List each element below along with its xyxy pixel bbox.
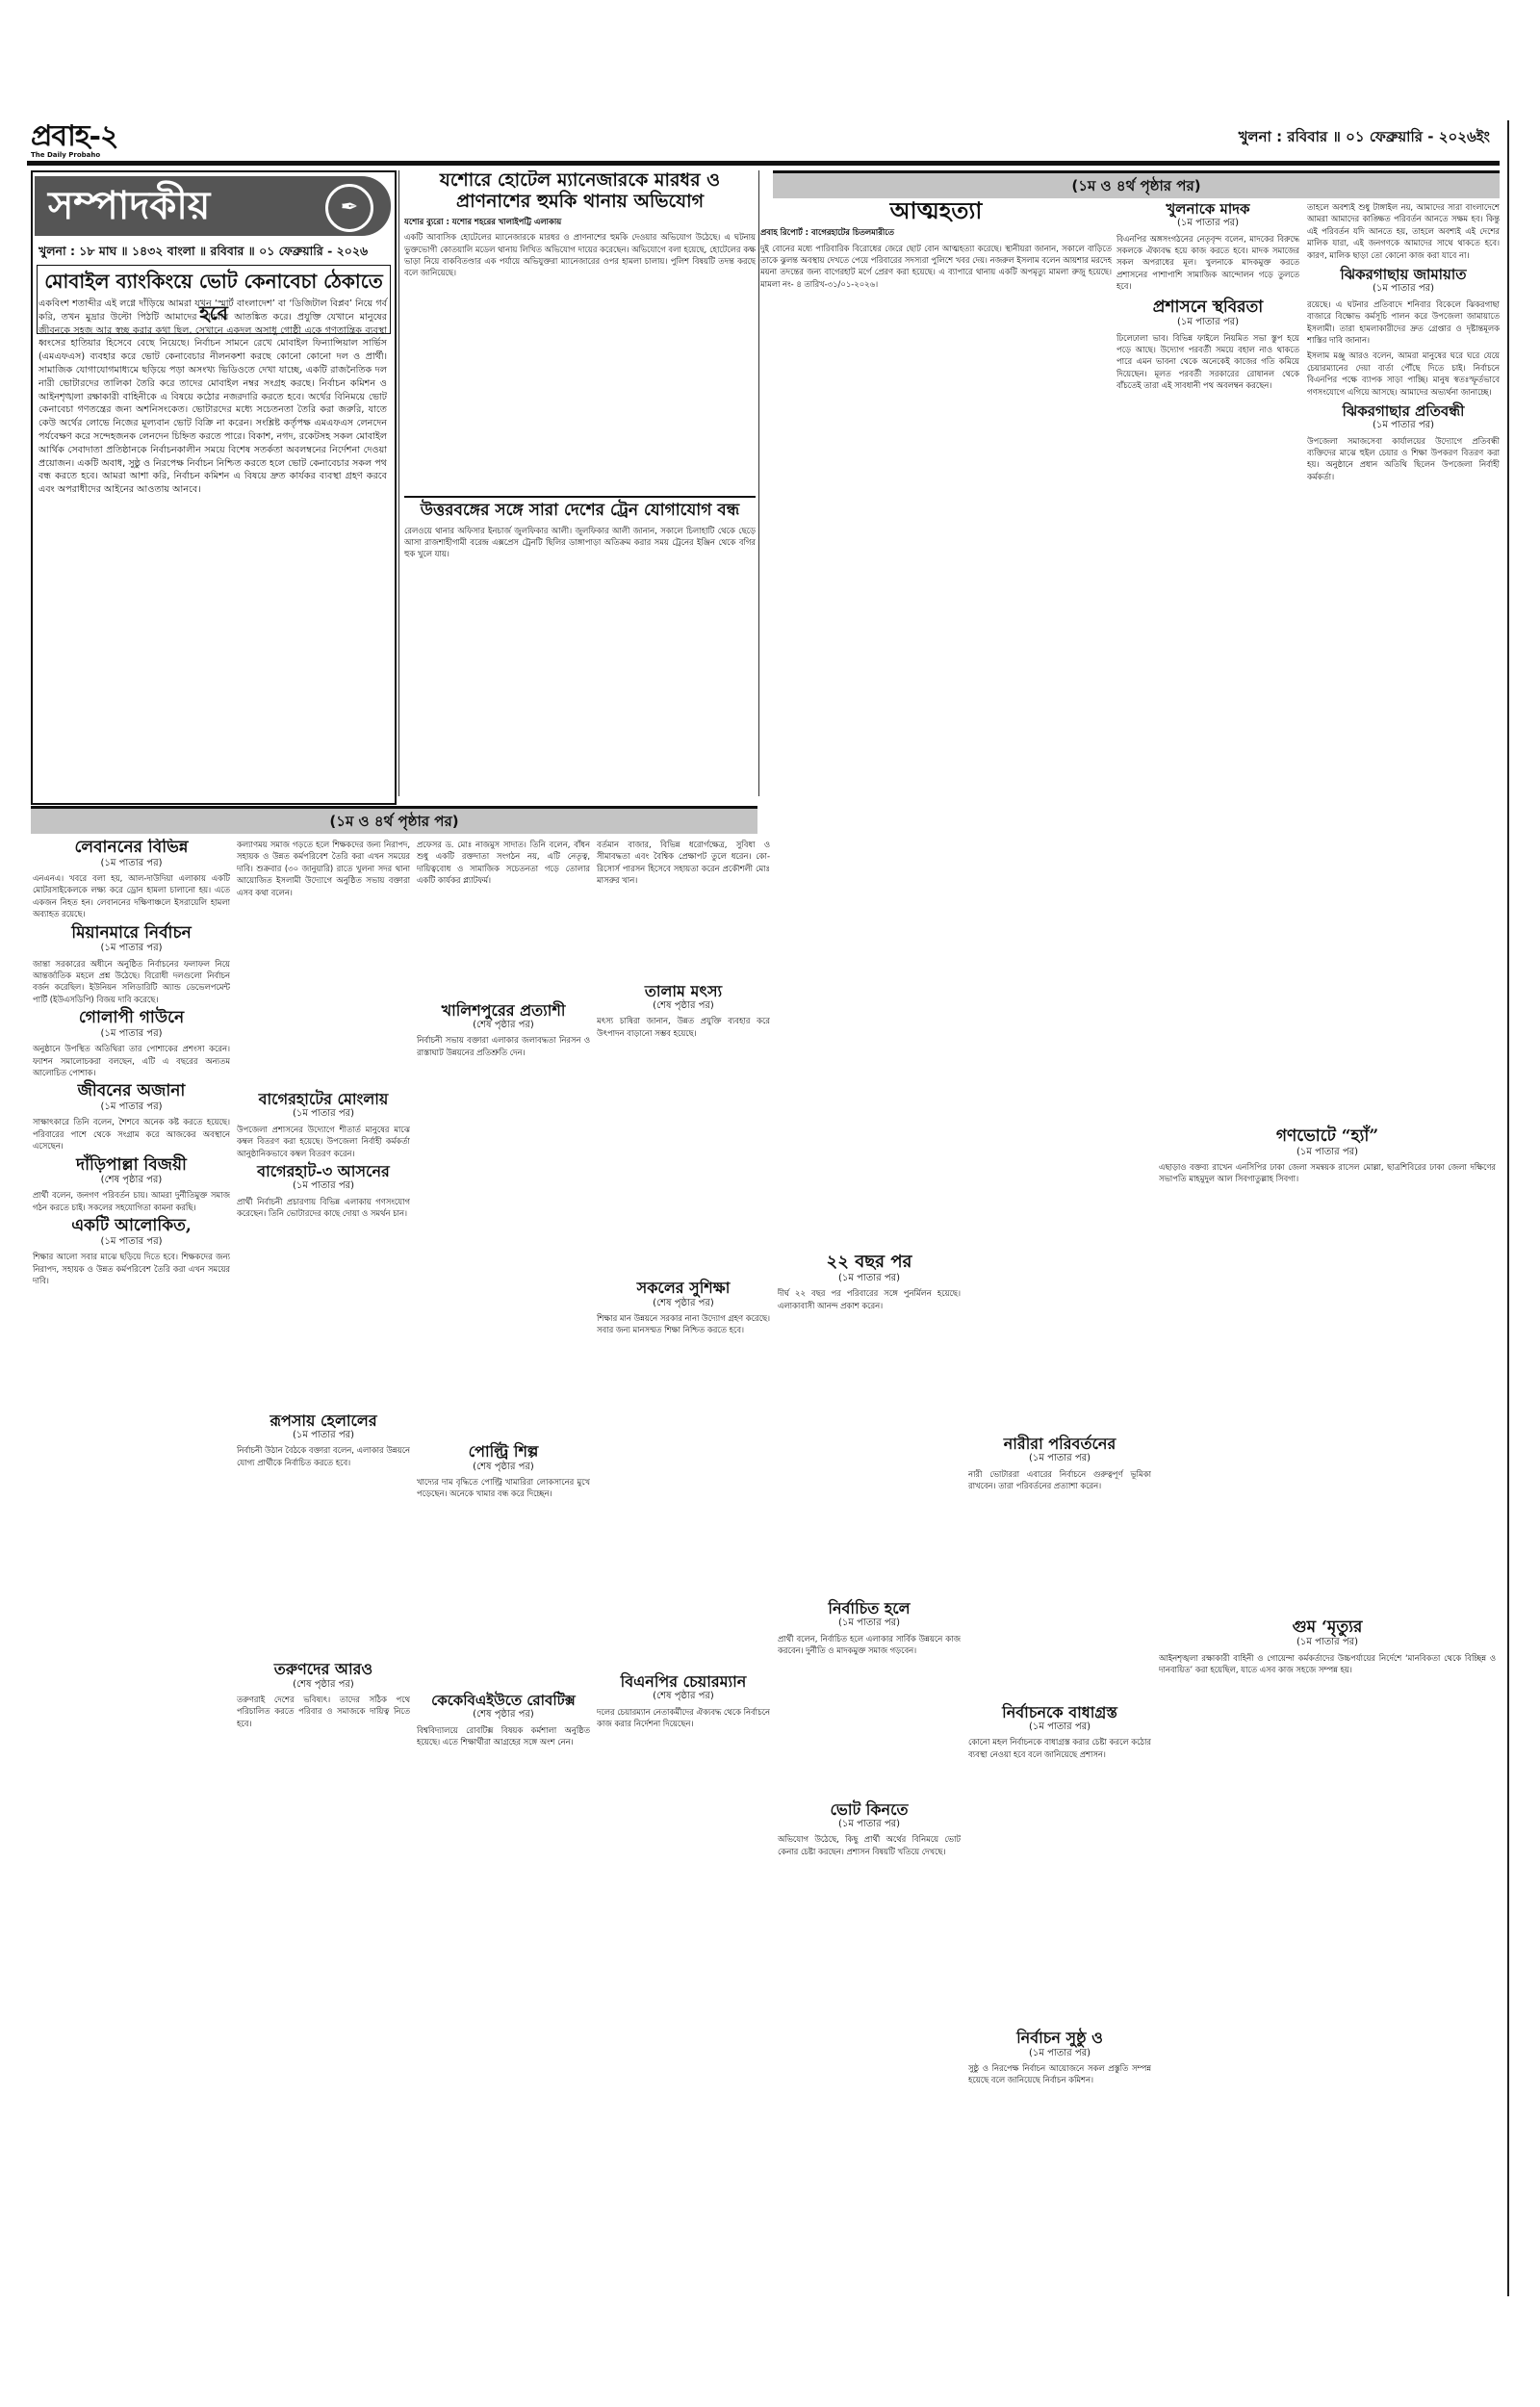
continuation-label: (১ম পাতার পর) <box>237 1108 410 1120</box>
article-body: শিক্ষার আলো সবার মাঝে ছড়িয়ে দিতে হবে। … <box>33 1251 230 1286</box>
article-headline: ২২ বছর পর <box>778 1253 961 1273</box>
continuation-label: (১ম পাতার পর) <box>968 1721 1151 1733</box>
continuation-label: (শেষ পৃষ্ঠার পর) <box>33 1175 230 1186</box>
story-byline: প্রবাহ রিপোর্ট : বাগেরহাটের চিতলমারীতে <box>760 226 1112 238</box>
continuation-label: (শেষ পৃষ্ঠার পর) <box>417 1462 590 1473</box>
top-story-sisters: ২ বোনের বিরোধ, ছোট বোনের আত্মহত্যা প্রবা… <box>760 170 1112 787</box>
article-headline: রূপসায় হেলালের <box>237 1412 410 1430</box>
article-headline: বিএনপির চেয়ারম্যান <box>597 1673 770 1691</box>
article-body: আইনশৃঙ্খলা রক্ষাকারী বাহিনী ও গোয়েন্দা … <box>1159 1652 1496 1676</box>
story-headline: যশোরে হোটেল ম্যানেজারকে মারধর ও প্রাণনাশ… <box>404 170 756 213</box>
story-body: একটি আবাসিক হোটেলের ম্যানেজারকে মারধর ও … <box>404 231 756 279</box>
article-body: প্রার্থী নির্বাচনী প্রচারণায় বিভিন্ন এল… <box>237 1196 410 1220</box>
article-headline: নির্বাচন সুষ্ঠু ও <box>968 2030 1151 2047</box>
article-headline: প্রশাসনে স্থবিরতা <box>1116 298 1299 318</box>
article-body: মৎস্য চাষিরা জানান, উন্নত প্রযুক্তি ব্যব… <box>597 1015 770 1039</box>
article-body: সুষ্ঠু ও নিরপেক্ষ নির্বাচন আয়োজনে সকল প… <box>968 2062 1151 2086</box>
article-body: জান্তা সরকারের অধীনে অনুষ্ঠিত নির্বাচনের… <box>33 958 230 1006</box>
jamaat-quote: ইসলাম মঞ্জু আরও বলেন, আমরা মানুষের ঘরে ঘ… <box>1307 349 1500 398</box>
article-body: সাক্ষাৎকারে তিনি বলেন, শৈশবে অনেক কষ্ট ক… <box>33 1116 230 1152</box>
column-divider <box>758 170 759 796</box>
column-7: গণভোটে “হ্যাঁ” (১ম পাতার পর) এছাড়াও বক্… <box>1159 839 1496 2283</box>
continuation-label: (শেষ পৃষ্ঠার পর) <box>417 1020 590 1031</box>
tangail-quote: তাহলে অবশ্যই শুধু টাঙ্গাইল নয়, আমাদের স… <box>1307 201 1500 261</box>
article-body: উপজেলা সমাজসেবা কার্যালয়ের উদ্যোগে প্রত… <box>1307 435 1500 483</box>
continuation-label: (১ম পাতার পর) <box>33 1028 230 1040</box>
continuation-label: (১ম পাতার পর) <box>33 858 230 869</box>
article-body: প্রফেসর ড. মোঃ নাজমুস সাদাত। তিনি বলেন, … <box>417 839 590 887</box>
article-headline: গণভোটে “হ্যাঁ” <box>1159 1127 1496 1147</box>
article-body: খাদ্যের দাম বৃদ্ধিতে পোল্ট্রি খামারিরা ল… <box>417 1476 590 1500</box>
article-body: নির্বাচনী সভায় বক্তারা এলাকার জলাবদ্ধতা… <box>417 1034 590 1058</box>
article-body: কল্যাণময় সমাজ গড়তে হলে শিক্ষকদের জন্য … <box>237 839 410 898</box>
continuation-label: (১ম পাতার পর) <box>33 1101 230 1113</box>
page-border-right <box>1507 120 1509 2296</box>
article-body: রয়েছে। এ ঘটনার প্রতিবাদে শনিবার বিকেলে … <box>1307 298 1500 347</box>
continued-banner-main: (১ম ও ৪র্থ পৃষ্ঠার পর) <box>31 806 757 834</box>
article-headline: নির্বাচনকে বাধাগ্রস্ত <box>968 1704 1151 1721</box>
continuation-label: (১ম পাতার পর) <box>968 2048 1151 2059</box>
article-body: বিশ্ববিদ্যালয়ে রোবটিক্স বিষয়ক কর্মশালা… <box>417 1724 590 1748</box>
rail-story: উত্তরবঙ্গের সঙ্গে সারা দেশের ট্রেন যোগায… <box>404 496 756 785</box>
editorial-banner: সম্পাদকীয় ✒ <box>35 176 391 236</box>
column-5: ২২ বছর পর (১ম পাতার পর) দীর্ঘ ২২ বছর পর … <box>778 839 961 2283</box>
article-headline: একটি আলোকিত, <box>33 1217 230 1236</box>
article-body: দীর্ঘ ২২ বছর পর পরিবারের সঙ্গে পুনর্মিলন… <box>778 1287 961 1311</box>
pen-nib-icon: ✒ <box>325 184 373 232</box>
article-body: দলের চেয়ারম্যান নেতাকর্মীদের ঐক্যবদ্ধ থ… <box>597 1706 770 1730</box>
right-articles-col-1: খুলনাকে মাদক (১ম পাতার পর) বিএনপির অঙ্গস… <box>1116 201 1299 779</box>
right-articles-col-2: তাহলে অবশ্যই শুধু টাঙ্গাইল নয়, আমাদের স… <box>1307 201 1500 779</box>
column-6: নারীরা পরিবর্তনের (১ম পাতার পর) নারী ভোট… <box>968 839 1151 2283</box>
editorial-title: সম্পাদকীয় <box>48 182 210 230</box>
column-2: কল্যাণময় সমাজ গড়তে হলে শিক্ষকদের জন্য … <box>237 839 410 2283</box>
continuation-label: (১ম পাতার পর) <box>1307 420 1500 431</box>
continuation-label: (১ম পাতার পর) <box>778 1618 961 1629</box>
article-headline: দাঁড়িপাল্লা বিজয়ী <box>33 1156 230 1176</box>
article-headline: নারীরা পরিবর্তনের <box>968 1436 1151 1453</box>
continuation-label: (১ম পাতার পর) <box>1159 1637 1496 1648</box>
article-headline: তালাম মৎস্য <box>597 983 770 1000</box>
article-headline: খুলনাকে মাদক <box>1116 201 1299 218</box>
column-3: প্রফেসর ড. মোঃ নাজমুস সাদাত। তিনি বলেন, … <box>417 839 590 2283</box>
continuation-label: (১ম পাতার পর) <box>1116 317 1299 328</box>
continuation-label: (১ম পাতার পর) <box>1159 1147 1496 1158</box>
article-body: শিক্ষার মান উন্নয়নে সরকার নানা উদ্যোগ গ… <box>597 1312 770 1336</box>
article-body: নির্বাচনী উঠান বৈঠকে বক্তারা বলেন, এলাকা… <box>237 1444 410 1468</box>
article-body: ঢিলেঢালা ভাব। বিভিন্ন ফাইলে নিয়মিত সভা … <box>1116 332 1299 392</box>
story-body: দুই বোনের মধ্যে পারিবারিক বিরোধের জেরে ছ… <box>760 243 1112 291</box>
editorial-dateline: খুলনা : ১৮ মাঘ ॥ ১৪৩২ বাংলা ॥ রবিবার ॥ ০… <box>38 244 368 263</box>
article-headline: গোলাপী গাউনে <box>33 1009 230 1028</box>
article-body: প্রার্থী বলেন, জনগণ পরিবর্তন চায়। আমরা … <box>33 1189 230 1213</box>
column-1: লেবাননের বিভিন্ন (১ম পাতার পর) এনএনএ। খব… <box>33 839 230 2283</box>
article-body: উপজেলা প্রশাসনের উদ্যোগে শীতার্ত মানুষের… <box>237 1124 410 1159</box>
continuation-label: (১ম পাতার পর) <box>33 1236 230 1248</box>
continuation-label: (১ম পাতার পর) <box>237 1430 410 1441</box>
article-headline: নির্বাচিত হলে <box>778 1600 961 1618</box>
masthead-rule <box>27 161 1500 166</box>
article-body: বিএনপির অঙ্গসংগঠনের নেতৃবৃন্দ বলেন, মাদক… <box>1116 233 1299 293</box>
article-headline: কেকেবিএইউতে রোবটিক্স <box>417 1693 590 1709</box>
article-headline: ঝিকরগাছায় জামায়াত <box>1307 267 1500 283</box>
article-headline: বাগেরহাটের মোংলায় <box>237 1091 410 1108</box>
article-headline: লেবাননের বিভিন্ন <box>33 839 230 858</box>
newspaper-page: প্রবাহ-২ The Daily Probaho খুলনা : রবিবা… <box>27 120 1509 2296</box>
column-4: বর্তমান বাজার, বিভিন্ন ধরোর্গক্ষেত্র, সু… <box>597 839 770 2283</box>
continuation-label: (শেষ পৃষ্ঠার পর) <box>597 1691 770 1702</box>
masthead: প্রবাহ-২ The Daily Probaho খুলনা : রবিবা… <box>27 120 1509 159</box>
article-body: অনুষ্ঠানে উপস্থিত অতিথিরা তার পোশাকের প্… <box>33 1043 230 1078</box>
top-story-jessore: যশোরে হোটেল ম্যানেজারকে মারধর ও প্রাণনাশ… <box>404 170 756 488</box>
continuation-label: (১ম পাতার পর) <box>778 1273 961 1284</box>
logo-subtitle: The Daily Probaho <box>31 151 100 159</box>
rail-body: রেলওয়ে থানার অফিসার ইনচার্জ জুলফিকার আল… <box>404 525 756 560</box>
continuation-label: (১ম পাতার পর) <box>1307 283 1500 295</box>
article-body: নারী ভোটাররা এবারের নির্বাচনে গুরুত্বপূর… <box>968 1468 1151 1492</box>
article-headline: পোল্ট্রি শিল্প <box>417 1443 590 1461</box>
article-body: অভিযোগ উঠেছে, কিছু প্রার্থী অর্থের বিনিম… <box>778 1833 961 1857</box>
article-headline: ভোট কিনতে <box>778 1801 961 1819</box>
editorial-body: একবিংশ শতাব্দীর এই লগ্নে দাঁড়িয়ে আমরা … <box>38 298 387 497</box>
article-headline: সকলের সুশিক্ষা <box>597 1280 770 1297</box>
column-divider <box>398 170 399 796</box>
article-headline: গুম ‘মৃত্যুর <box>1159 1618 1496 1638</box>
page-dateline: খুলনা : রবিবার ॥ ০১ ফেব্রুয়ারি - ২০২৬ইং <box>1239 126 1490 150</box>
rail-headline: উত্তরবঙ্গের সঙ্গে সারা দেশের ট্রেন যোগায… <box>404 496 756 521</box>
article-headline: তরুণদের আরও <box>237 1661 410 1678</box>
story-byline: যশোর ব্যুরো : যশোর শহরের খালাইপট্টি এলাক… <box>404 216 756 227</box>
article-headline: জীবনের অজানা <box>33 1082 230 1101</box>
continuation-label: (১ম পাতার পর) <box>1116 218 1299 229</box>
article-headline: বাগেরহাট-৩ আসনের <box>237 1163 410 1180</box>
continuation-label: (১ম পাতার পর) <box>33 943 230 954</box>
article-body: এছাড়াও বক্তব্য রাখেন এনসিপির ঢাকা জেলা … <box>1159 1161 1496 1185</box>
continuation-label: (শেষ পৃষ্ঠার পর) <box>597 1000 770 1012</box>
continued-banner-right: (১ম ও ৪র্থ পৃষ্ঠার পর) <box>773 170 1500 198</box>
continuation-label: (১ম পাতার পর) <box>778 1819 961 1830</box>
continuation-label: (শেষ পৃষ্ঠার পর) <box>597 1298 770 1309</box>
editorial-box: সম্পাদকীয় ✒ খুলনা : ১৮ মাঘ ॥ ১৪৩২ বাংলা… <box>31 170 397 805</box>
article-headline: ঝিকরগাছার প্রতিবন্ধী <box>1307 403 1500 420</box>
article-body: প্রার্থী বলেন, নির্বাচিত হলে এলাকার সার্… <box>778 1633 961 1657</box>
continuation-label: (শেষ পৃষ্ঠার পর) <box>417 1709 590 1721</box>
article-body: এনএনএ। খবরে বলা হয়, আল-দাউদিয়া এলাকায়… <box>33 872 230 920</box>
article-body: বর্তমান বাজার, বিভিন্ন ধরোর্গক্ষেত্র, সু… <box>597 839 770 887</box>
continuation-label: (শেষ পৃষ্ঠার পর) <box>237 1679 410 1691</box>
article-headline: খালিশপুরের প্রত্যাশী <box>417 1002 590 1020</box>
continuation-label: (১ম পাতার পর) <box>237 1180 410 1192</box>
continuation-label: (১ম পাতার পর) <box>968 1453 1151 1464</box>
newspaper-logo: প্রবাহ-২ <box>31 120 118 153</box>
article-body: কোনো মহল নির্বাচনকে বাধাগ্রস্ত করার চেষ্… <box>968 1736 1151 1760</box>
article-body: তরুণরাই দেশের ভবিষ্যৎ। তাদের সঠিক পথে পর… <box>237 1694 410 1729</box>
article-headline: মিয়ানমারে নির্বাচন <box>33 924 230 944</box>
